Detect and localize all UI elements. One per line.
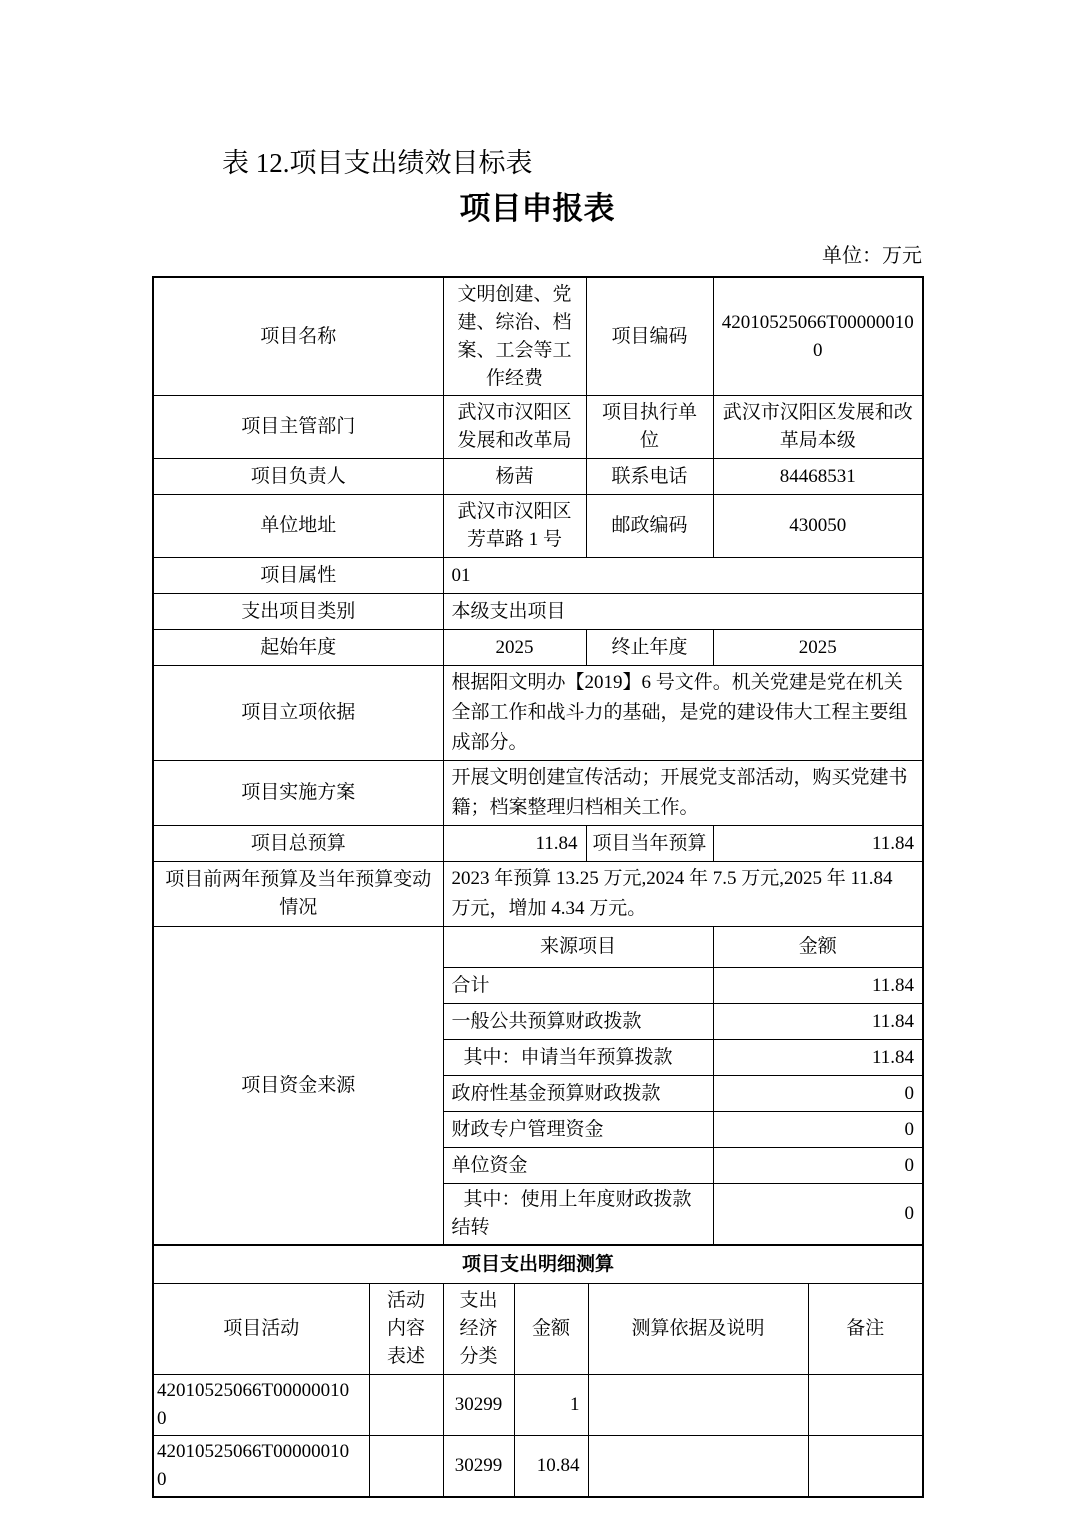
label-plan: 项目实施方案 — [153, 761, 443, 826]
table-row: 项目资金来源 来源项目 金额 — [153, 927, 923, 968]
expenditure-detail-table: 项目支出明细测算 项目活动 活动内容表述 支出经济分类 金额 测算依据及说明 备… — [152, 1244, 924, 1498]
funding-source-unit-fund: 单位资金 — [443, 1148, 713, 1184]
detail-row-0-note — [808, 1375, 923, 1436]
funding-amount-unit-fund: 0 — [713, 1148, 923, 1184]
project-info-table: 项目名称 文明创建、党建、综治、档案、工会等工作经费 项目编码 42010525… — [152, 276, 924, 1246]
table-row: 项目活动 活动内容表述 支出经济分类 金额 测算依据及说明 备注 — [153, 1284, 923, 1375]
funding-source-carryover: 其中：使用上年度财政拨款结转 — [443, 1184, 713, 1246]
detail-header-category: 支出经济分类 — [443, 1284, 514, 1375]
funding-amount-gov-fund: 0 — [713, 1076, 923, 1112]
label-phone: 联系电话 — [586, 459, 713, 495]
funding-amount-general: 11.84 — [713, 1004, 923, 1040]
value-start-year: 2025 — [443, 630, 586, 666]
funding-source-current-year: 其中：申请当年预算拨款 — [443, 1040, 713, 1076]
funding-col-amount: 金额 — [713, 927, 923, 968]
value-phone: 84468531 — [713, 459, 923, 495]
table-row: 42010525066T000000100 30299 1 — [153, 1375, 923, 1436]
document-page: 表 12.项目支出绩效目标表 项目申报表 单位：万元 项目名称 文明创建、党建、… — [0, 0, 1074, 1520]
label-budget-history: 项目前两年预算及当年预算变动情况 — [153, 862, 443, 927]
table-row: 项目属性 01 — [153, 558, 923, 594]
label-start-year: 起始年度 — [153, 630, 443, 666]
value-total-budget: 11.84 — [443, 826, 586, 862]
funding-source-general: 一般公共预算财政拨款 — [443, 1004, 713, 1040]
doc-title: 表 12.项目支出绩效目标表 — [222, 147, 533, 179]
value-year-budget: 11.84 — [713, 826, 923, 862]
table-row: 项目支出明细测算 — [153, 1245, 923, 1284]
label-postcode: 邮政编码 — [586, 495, 713, 558]
detail-row-1-amount: 10.84 — [514, 1436, 588, 1498]
table-row: 项目实施方案 开展文明创建宣传活动；开展党支部活动，购买党建书籍；档案整理归档相… — [153, 761, 923, 826]
label-category: 支出项目类别 — [153, 594, 443, 630]
label-total-budget: 项目总预算 — [153, 826, 443, 862]
detail-header-note: 备注 — [808, 1284, 923, 1375]
detail-section-title: 项目支出明细测算 — [153, 1245, 923, 1284]
detail-row-1-content — [369, 1436, 443, 1498]
funding-source-total: 合计 — [443, 968, 713, 1004]
value-project-code: 42010525066T000000100 — [713, 277, 923, 396]
detail-row-1-category: 30299 — [443, 1436, 514, 1498]
table-row: 项目立项依据 根据阳文明办【2019】6 号文件。机关党建是党在机关全部工作和战… — [153, 666, 923, 761]
unit-note: 单位：万元 — [822, 243, 922, 269]
table-row: 项目名称 文明创建、党建、综治、档案、工会等工作经费 项目编码 42010525… — [153, 277, 923, 396]
value-basis: 根据阳文明办【2019】6 号文件。机关党建是党在机关全部工作和战斗力的基础，是… — [443, 666, 923, 761]
table-row: 项目前两年预算及当年预算变动情况 2023 年预算 13.25 万元,2024 … — [153, 862, 923, 927]
value-exec-unit: 武汉市汉阳区发展和改革局本级 — [713, 396, 923, 459]
label-end-year: 终止年度 — [586, 630, 713, 666]
detail-header-amount: 金额 — [514, 1284, 588, 1375]
label-project-name: 项目名称 — [153, 277, 443, 396]
detail-header-activity: 项目活动 — [153, 1284, 369, 1375]
value-dept: 武汉市汉阳区发展和改革局 — [443, 396, 586, 459]
table-row: 单位地址 武汉市汉阳区芳草路 1 号 邮政编码 430050 — [153, 495, 923, 558]
table-row: 42010525066T000000100 30299 10.84 — [153, 1436, 923, 1498]
funding-source-fiscal-account: 财政专户管理资金 — [443, 1112, 713, 1148]
table-row: 项目主管部门 武汉市汉阳区发展和改革局 项目执行单位 武汉市汉阳区发展和改革局本… — [153, 396, 923, 459]
detail-row-0-content — [369, 1375, 443, 1436]
table-row: 项目负责人 杨茜 联系电话 84468531 — [153, 459, 923, 495]
funding-amount-total: 11.84 — [713, 968, 923, 1004]
funding-source-gov-fund: 政府性基金预算财政拨款 — [443, 1076, 713, 1112]
label-project-code: 项目编码 — [586, 277, 713, 396]
detail-row-0-activity: 42010525066T000000100 — [153, 1375, 369, 1436]
form-tables: 项目名称 文明创建、党建、综治、档案、工会等工作经费 项目编码 42010525… — [152, 276, 922, 1498]
funding-amount-current-year: 11.84 — [713, 1040, 923, 1076]
label-funding-source: 项目资金来源 — [153, 927, 443, 1246]
value-address: 武汉市汉阳区芳草路 1 号 — [443, 495, 586, 558]
label-leader: 项目负责人 — [153, 459, 443, 495]
table-row: 起始年度 2025 终止年度 2025 — [153, 630, 923, 666]
funding-col-source: 来源项目 — [443, 927, 713, 968]
form-title: 项目申报表 — [0, 191, 1074, 227]
detail-row-1-activity: 42010525066T000000100 — [153, 1436, 369, 1498]
detail-row-1-basis — [588, 1436, 808, 1498]
value-budget-history: 2023 年预算 13.25 万元,2024 年 7.5 万元,2025 年 1… — [443, 862, 923, 927]
value-category: 本级支出项目 — [443, 594, 923, 630]
value-postcode: 430050 — [713, 495, 923, 558]
value-end-year: 2025 — [713, 630, 923, 666]
funding-amount-fiscal-account: 0 — [713, 1112, 923, 1148]
label-exec-unit: 项目执行单位 — [586, 396, 713, 459]
detail-row-0-category: 30299 — [443, 1375, 514, 1436]
detail-header-basis: 测算依据及说明 — [588, 1284, 808, 1375]
value-leader: 杨茜 — [443, 459, 586, 495]
value-project-name: 文明创建、党建、综治、档案、工会等工作经费 — [443, 277, 586, 396]
value-attribute: 01 — [443, 558, 923, 594]
table-row: 支出项目类别 本级支出项目 — [153, 594, 923, 630]
label-basis: 项目立项依据 — [153, 666, 443, 761]
value-plan: 开展文明创建宣传活动；开展党支部活动，购买党建书籍；档案整理归档相关工作。 — [443, 761, 923, 826]
table-row: 项目总预算 11.84 项目当年预算 11.84 — [153, 826, 923, 862]
detail-row-1-note — [808, 1436, 923, 1498]
detail-row-0-amount: 1 — [514, 1375, 588, 1436]
label-attribute: 项目属性 — [153, 558, 443, 594]
funding-amount-carryover: 0 — [713, 1184, 923, 1246]
label-year-budget: 项目当年预算 — [586, 826, 713, 862]
label-dept: 项目主管部门 — [153, 396, 443, 459]
detail-row-0-basis — [588, 1375, 808, 1436]
label-address: 单位地址 — [153, 495, 443, 558]
detail-header-content: 活动内容表述 — [369, 1284, 443, 1375]
